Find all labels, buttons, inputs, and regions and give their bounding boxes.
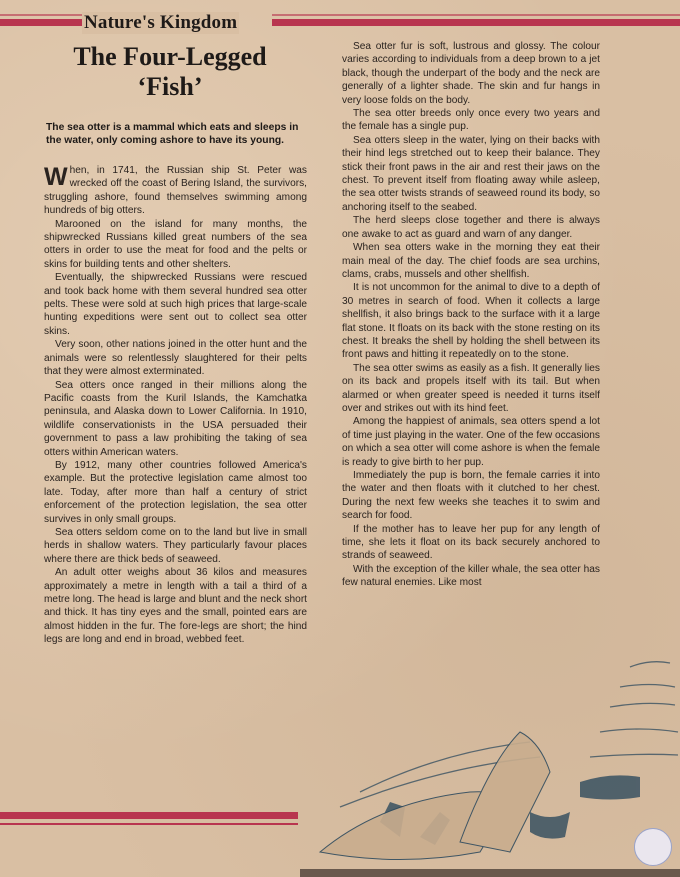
header-band-right	[272, 19, 680, 26]
paragraph: Sea otter fur is soft, lustrous and glos…	[342, 40, 600, 107]
standfirst: The sea otter is a mammal which eats and…	[46, 121, 308, 148]
paragraph: If the mother has to leave her pup for a…	[342, 523, 600, 563]
otter-illustration	[300, 607, 680, 877]
header-band-right-thin	[272, 14, 680, 16]
paragraph: Among the happiest of animals, sea otter…	[342, 415, 600, 469]
article-title-line2: ‘Fish’	[0, 72, 340, 102]
section-kicker: Nature's Kingdom	[82, 12, 239, 34]
paragraph: It is not uncommon for the animal to div…	[342, 281, 600, 361]
paragraph: When sea otters wake in the morning they…	[342, 241, 600, 281]
paragraph: Eventually, the shipwrecked Russians wer…	[44, 271, 307, 338]
watermark-stamp	[634, 828, 672, 866]
article-title: The Four-Legged ‘Fish’	[0, 42, 340, 102]
left-column: When, in 1741, the Russian ship St. Pete…	[44, 164, 307, 647]
paragraph: An adult otter weighs about 36 kilos and…	[44, 566, 307, 646]
header-band-left	[0, 19, 82, 26]
paragraph: When, in 1741, the Russian ship St. Pete…	[44, 164, 307, 218]
paragraph: The sea otter breeds only once every two…	[342, 107, 600, 134]
footer-band-thin	[0, 823, 298, 825]
paragraph: Sea otters sleep in the water, lying on …	[342, 134, 600, 214]
paragraph: The sea otter swims as easily as a fish.…	[342, 362, 600, 416]
paragraph: Very soon, other nations joined in the o…	[44, 338, 307, 378]
header-band-left-thin	[0, 14, 82, 16]
paragraph: Sea otters once ranged in their millions…	[44, 379, 307, 459]
paragraph: Marooned on the island for many months, …	[44, 218, 307, 272]
paragraph: Immediately the pup is born, the female …	[342, 469, 600, 523]
paragraph: With the exception of the killer whale, …	[342, 563, 600, 590]
footer-band	[0, 812, 298, 819]
paragraph: The herd sleeps close together and there…	[342, 214, 600, 241]
article-title-line1: The Four-Legged	[0, 42, 340, 72]
dropcap: W	[44, 167, 68, 187]
right-column: Sea otter fur is soft, lustrous and glos…	[342, 40, 600, 590]
paragraph: By 1912, many other countries followed A…	[44, 459, 307, 526]
paragraph: Sea otters seldom come on to the land bu…	[44, 526, 307, 566]
